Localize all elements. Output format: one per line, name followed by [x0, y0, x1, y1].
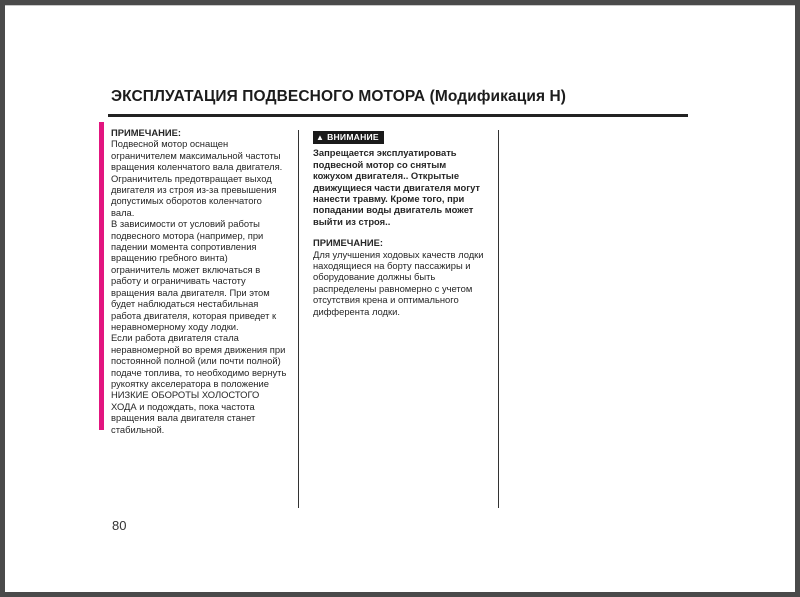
- note-text: Для улучшения ходовых качеств лодки нахо…: [313, 249, 493, 317]
- warning-triangle-icon: ▲: [316, 134, 324, 142]
- page-number: 80: [112, 518, 126, 533]
- title-underline: [108, 114, 688, 117]
- page-title: ЭКСПЛУАТАЦИЯ ПОДВЕСНОГО МОТОРА (Модифика…: [111, 88, 566, 106]
- warning-label: ВНИМАНИЕ: [327, 132, 379, 143]
- column-left: ПРИМЕЧАНИЕ: Подвесной мотор оснащен огра…: [111, 127, 296, 435]
- note-accent-bar: [99, 122, 104, 430]
- column-middle: ▲ ВНИМАНИЕ Запрещается эксплуатировать п…: [313, 127, 493, 317]
- note-text: Подвесной мотор оснащен ограничителем ма…: [111, 138, 296, 435]
- warning-text: Запрещается эксплуатировать подвесной мо…: [313, 147, 493, 227]
- note-block: ПРИМЕЧАНИЕ: Для улучшения ходовых качест…: [313, 237, 493, 317]
- warning-badge: ▲ ВНИМАНИЕ: [313, 131, 384, 144]
- frame-edge: [5, 5, 795, 6]
- column-divider: [498, 130, 499, 508]
- note-heading: ПРИМЕЧАНИЕ:: [111, 127, 296, 138]
- note-heading: ПРИМЕЧАНИЕ:: [313, 237, 493, 248]
- column-divider: [298, 130, 299, 508]
